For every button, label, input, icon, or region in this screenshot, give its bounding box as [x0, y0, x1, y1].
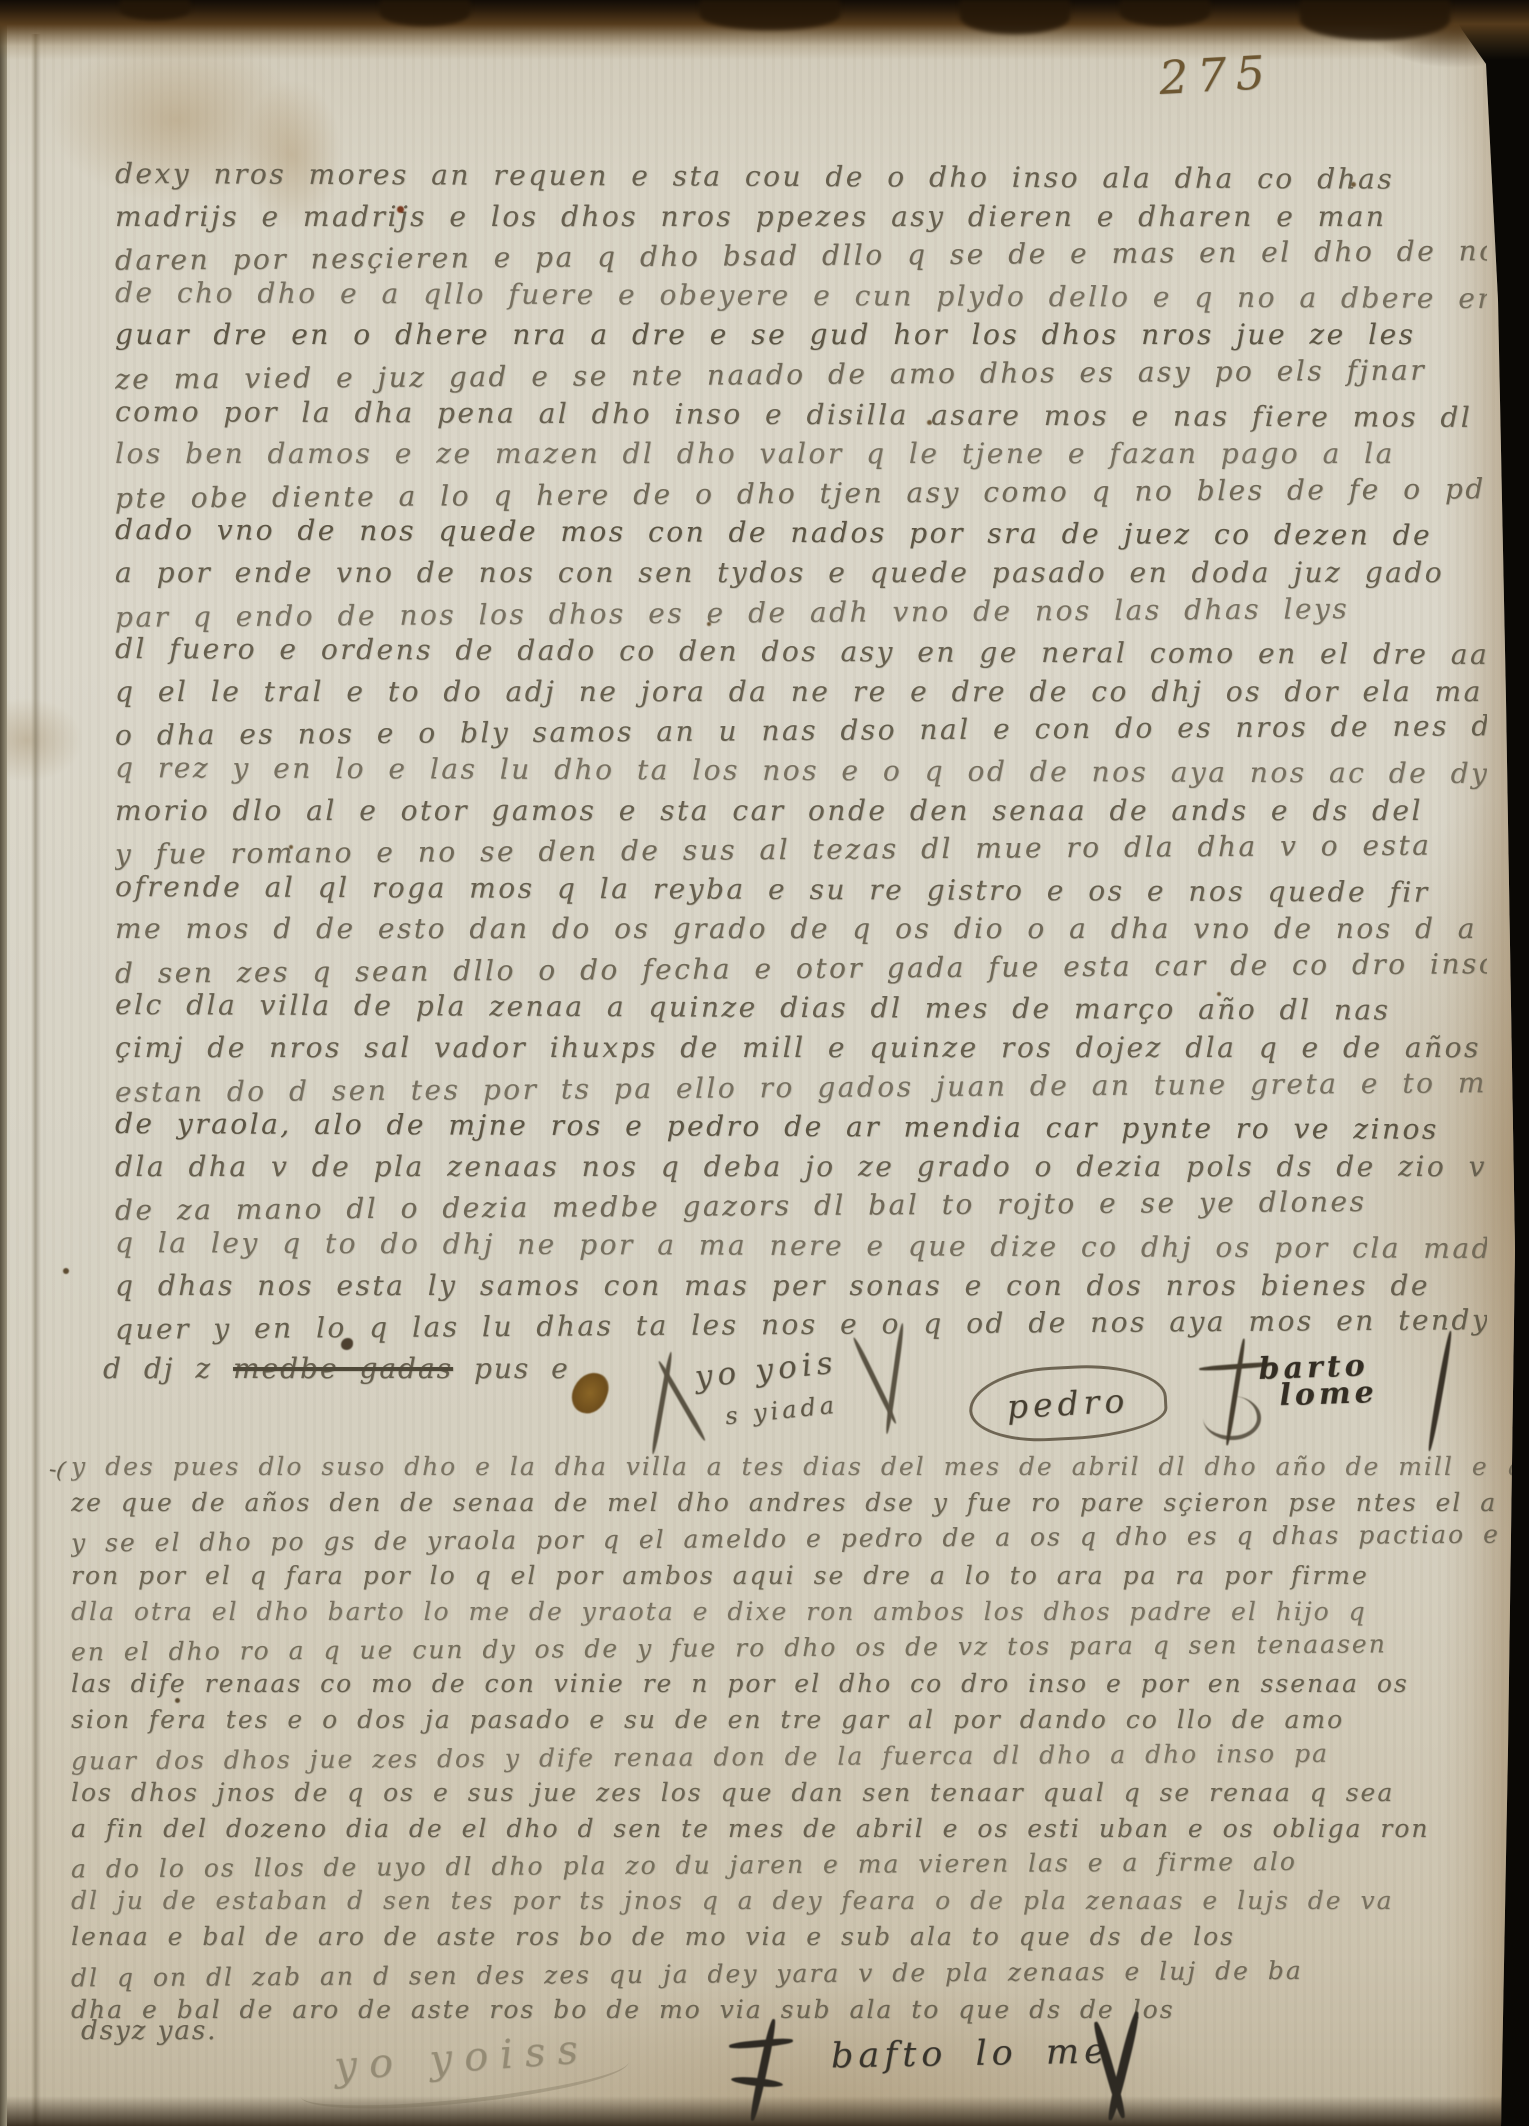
rubric-flourish: [1089, 2010, 1169, 2126]
tear-fragment: [960, 0, 1070, 34]
manuscript-line: guar dre en o dhere nra a dre e se gud h…: [115, 318, 1487, 358]
bartolome-text-line2: lome: [1279, 1375, 1378, 1413]
manuscript-line: q la ley q to do dhj ne por a ma nere e …: [115, 1226, 1487, 1272]
pedro-signature-text: pedro: [1006, 1380, 1130, 1425]
book-gutter-edge: [0, 0, 7, 2126]
manuscript-page: 275 dexy nros mores an requen e sta cou …: [7, 0, 1515, 2126]
manuscript-line: ze que de años den de senaa de mel dho a…: [71, 1488, 1517, 1524]
cross-rubric-icon: [723, 2018, 813, 2126]
struck-out-line: d dj z medbe gadas pus e: [103, 1352, 570, 1385]
paper-speck: [397, 206, 404, 213]
ink-blot: [567, 1368, 612, 1418]
tear-fragment: [120, 0, 190, 20]
manuscript-line: de cho dho e a qllo fuere e obeyere e cu…: [115, 276, 1487, 322]
paper-speck: [175, 1698, 180, 1703]
manuscript-line: las dife renaas co mo de con vinie re n …: [71, 1669, 1517, 1705]
manuscript-photo: { "document": { "page_number": "275" }, …: [0, 0, 1529, 2126]
manuscript-line: en el dho ro a q ue cun dy os de y fue r…: [71, 1629, 1517, 1674]
manuscript-line: morio dlo al e otor gamos e sta car onde…: [115, 794, 1487, 834]
manuscript-line: dado vno de nos quede mos con de nados p…: [115, 513, 1487, 559]
manuscript-line: dla dha v de pla zenaas nos q deba jo ze…: [115, 1150, 1487, 1190]
tear-fragment: [1300, 0, 1450, 40]
manuscript-line: elc dla villa de pla zenaa a quinze dias…: [115, 988, 1487, 1034]
manuscript-line: de yraola, alo de mjne ros e pedro de ar…: [115, 1107, 1487, 1153]
bartolome-signature-bottom: bafto lo me: [831, 2032, 1110, 2077]
manuscript-line: como por la dha pena al dho inso e disil…: [115, 395, 1487, 441]
manuscript-line: y se el dho po gs de yraola por q el ame…: [71, 1520, 1517, 1565]
fold-crease: [31, 34, 41, 2126]
manuscript-line: çimj de nros sal vador ihuxps de mill e …: [115, 1031, 1487, 1071]
manuscript-line: lenaa e bal de aro de aste ros bo de mo …: [71, 1922, 1517, 1958]
tear-fragment: [380, 0, 470, 26]
addendum-text-block: y des pues dlo suso dho e la dha villa a…: [71, 1452, 1517, 2031]
margin-mark: -(: [47, 1457, 66, 1484]
manuscript-line: dla otra el dho barto lo me de yraota e …: [71, 1597, 1517, 1633]
paper-speck: [1351, 182, 1356, 187]
struck-word: medbe gadas: [233, 1352, 453, 1385]
manuscript-line: dl ju de estaban d sen tes por ts jnos q…: [71, 1886, 1517, 1922]
pedro-circled-signature: pedro: [967, 1361, 1169, 1445]
manuscript-line: madrijs e madrijs e los dhos nros ppezes…: [115, 200, 1487, 240]
struck-line-lead: d dj z: [103, 1352, 212, 1385]
manuscript-line: q dhas nos esta ly samos con mas per son…: [115, 1269, 1487, 1309]
struck-line-tail: pus e: [474, 1352, 570, 1385]
paper-speck: [1217, 992, 1221, 996]
manuscript-line: me mos d de esto dan do os grado de q os…: [115, 912, 1487, 952]
manuscript-line: ron por el q fara por lo q el por ambos …: [71, 1561, 1517, 1597]
manuscript-line: a fin del dozeno dia de el dho d sen te …: [71, 1814, 1517, 1850]
paper-speck: [289, 845, 293, 849]
manuscript-line: los ben damos e ze mazen dl dho valor q …: [115, 437, 1487, 477]
main-text-block: dexy nros mores an requen e sta cou de o…: [115, 160, 1487, 1348]
bartolome-signature-mid: barto lome: [1258, 1348, 1378, 1414]
tear-fragment: [700, 0, 840, 30]
manuscript-line: dl q on dl zab an d sen des zes qu ja de…: [71, 1954, 1517, 1999]
manuscript-line: sion fera tes e o dos ja pasado e su de …: [71, 1705, 1517, 1741]
manuscript-line: a do lo os llos de uyo dl dho pla zo du …: [71, 1846, 1517, 1891]
manuscript-line: q el le tral e to do adj ne jora da ne r…: [115, 675, 1487, 715]
manuscript-line: los dhos jnos de q os e sus jue zes los …: [71, 1778, 1517, 1814]
manuscript-line: dexy nros mores an requen e sta cou de o…: [115, 157, 1487, 203]
manuscript-line: y des pues dlo suso dho e la dha villa a…: [71, 1452, 1517, 1488]
paper-speck: [927, 420, 932, 425]
manuscript-line: dl fuero e ordens de dado co den dos asy…: [115, 632, 1487, 678]
manuscript-line: ofrende al ql roga mos q la reyba e su r…: [115, 870, 1487, 916]
tear-fragment: [1120, 0, 1210, 26]
addendum-last-words: dsyz yas.: [81, 2016, 217, 2046]
paper-speck: [63, 1268, 69, 1274]
manuscript-line: guar dos dhos jue zes dos y dife renaa d…: [71, 1737, 1517, 1782]
manuscript-line: q rez y en lo e las lu dho ta los nos e …: [115, 751, 1487, 797]
scribe-signature-text2: s yiada: [724, 1391, 839, 1431]
scribe-signature-text: yo yois: [693, 1345, 839, 1396]
paper-speck: [707, 622, 711, 626]
manuscript-line: a por ende vno de nos con sen tydos e qu…: [115, 556, 1487, 596]
